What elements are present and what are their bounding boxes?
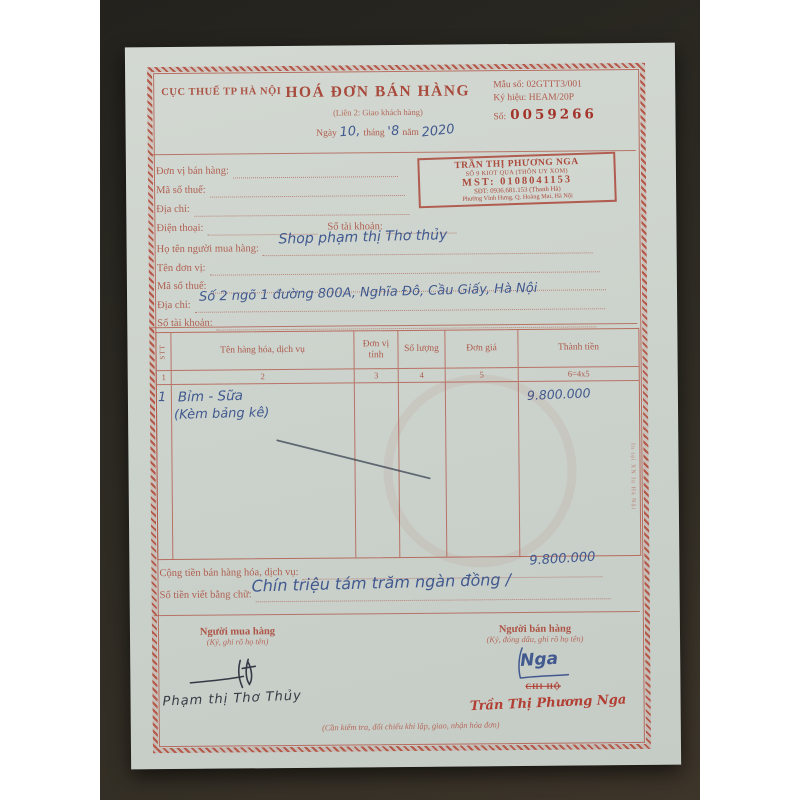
buyer-account-line: Số tài khoản: bbox=[157, 309, 597, 331]
cell-name: Bỉm - Sữa (Kèm bảng kê) bbox=[172, 383, 357, 559]
col-index-1: 1 bbox=[157, 371, 172, 385]
seller-tax-line: Mã số thuế: bbox=[156, 178, 405, 198]
cell-stt: 1 bbox=[157, 385, 174, 559]
stamp-showthrough bbox=[383, 373, 578, 568]
date-word-year: năm bbox=[402, 128, 418, 138]
date-month-value: '8 bbox=[387, 124, 400, 140]
col-index-3: 3 bbox=[355, 369, 399, 383]
date-year-value: 2020 bbox=[421, 122, 456, 141]
seller-unit-line: Đơn vị bán hàng: bbox=[156, 159, 398, 179]
header-meta: Mẫu số: 02GTTT3/001 Ký hiệu: HEAM/20P Số… bbox=[493, 79, 635, 124]
invoice-paper: CỤC THUẾ TP HÀ NỘI HOÁ ĐƠN BÁN HÀNG (Liê… bbox=[125, 43, 681, 770]
col-header-qty: Số lượng bbox=[398, 331, 445, 369]
col-index-4: 4 bbox=[399, 369, 446, 383]
printer-note: In tại XN In Hà Nội bbox=[629, 443, 636, 583]
seller-stamp: TRẦN THỊ PHƯƠNG NGA SỐ 9 KIOT QUA (THÔN … bbox=[417, 152, 617, 209]
invoice-number: Số: 0059266 bbox=[493, 105, 635, 124]
date-line: Ngày 10, tháng '8 năm 2020 bbox=[271, 123, 501, 140]
date-day-value: 10, bbox=[339, 124, 361, 141]
buyer-signature bbox=[185, 654, 305, 691]
series: Ký hiệu: HEAM/20P bbox=[493, 92, 635, 103]
col-index-6: 6=4x5 bbox=[519, 367, 639, 382]
copy-note: (Liên 2: Giao khách hàng) bbox=[255, 106, 500, 118]
seller-address-line: Địa chỉ: bbox=[156, 197, 409, 217]
col-header-price: Đơn giá bbox=[445, 330, 518, 369]
col-header-name: Tên hàng hóa, dịch vụ bbox=[171, 331, 354, 371]
col-header-amount: Thành tiền bbox=[518, 329, 638, 368]
col-header-unit: Đơn vị tính bbox=[354, 331, 398, 369]
col-header-stt: STT bbox=[156, 333, 171, 371]
date-word-month: tháng bbox=[363, 128, 384, 138]
seller-signature-block: Người bán hàng (Ký, đóng dấu, ghi rõ họ … bbox=[445, 623, 625, 645]
seller-signature-flourish bbox=[508, 643, 578, 682]
invoice-photo: CỤC THUẾ TP HÀ NỘI HOÁ ĐƠN BÁN HÀNG (Liê… bbox=[100, 0, 700, 800]
chi-ho-stamp: CHI HỘ bbox=[525, 682, 561, 691]
form-number: Mẫu số: 02GTTT3/001 bbox=[493, 79, 635, 90]
date-word-day: Ngày bbox=[316, 129, 337, 139]
invoice-title: HOÁ ĐƠN BÁN HÀNG bbox=[255, 82, 500, 102]
buyer-signature-block: Người mua hàng (Ký, ghi rõ họ tên) bbox=[150, 626, 325, 648]
